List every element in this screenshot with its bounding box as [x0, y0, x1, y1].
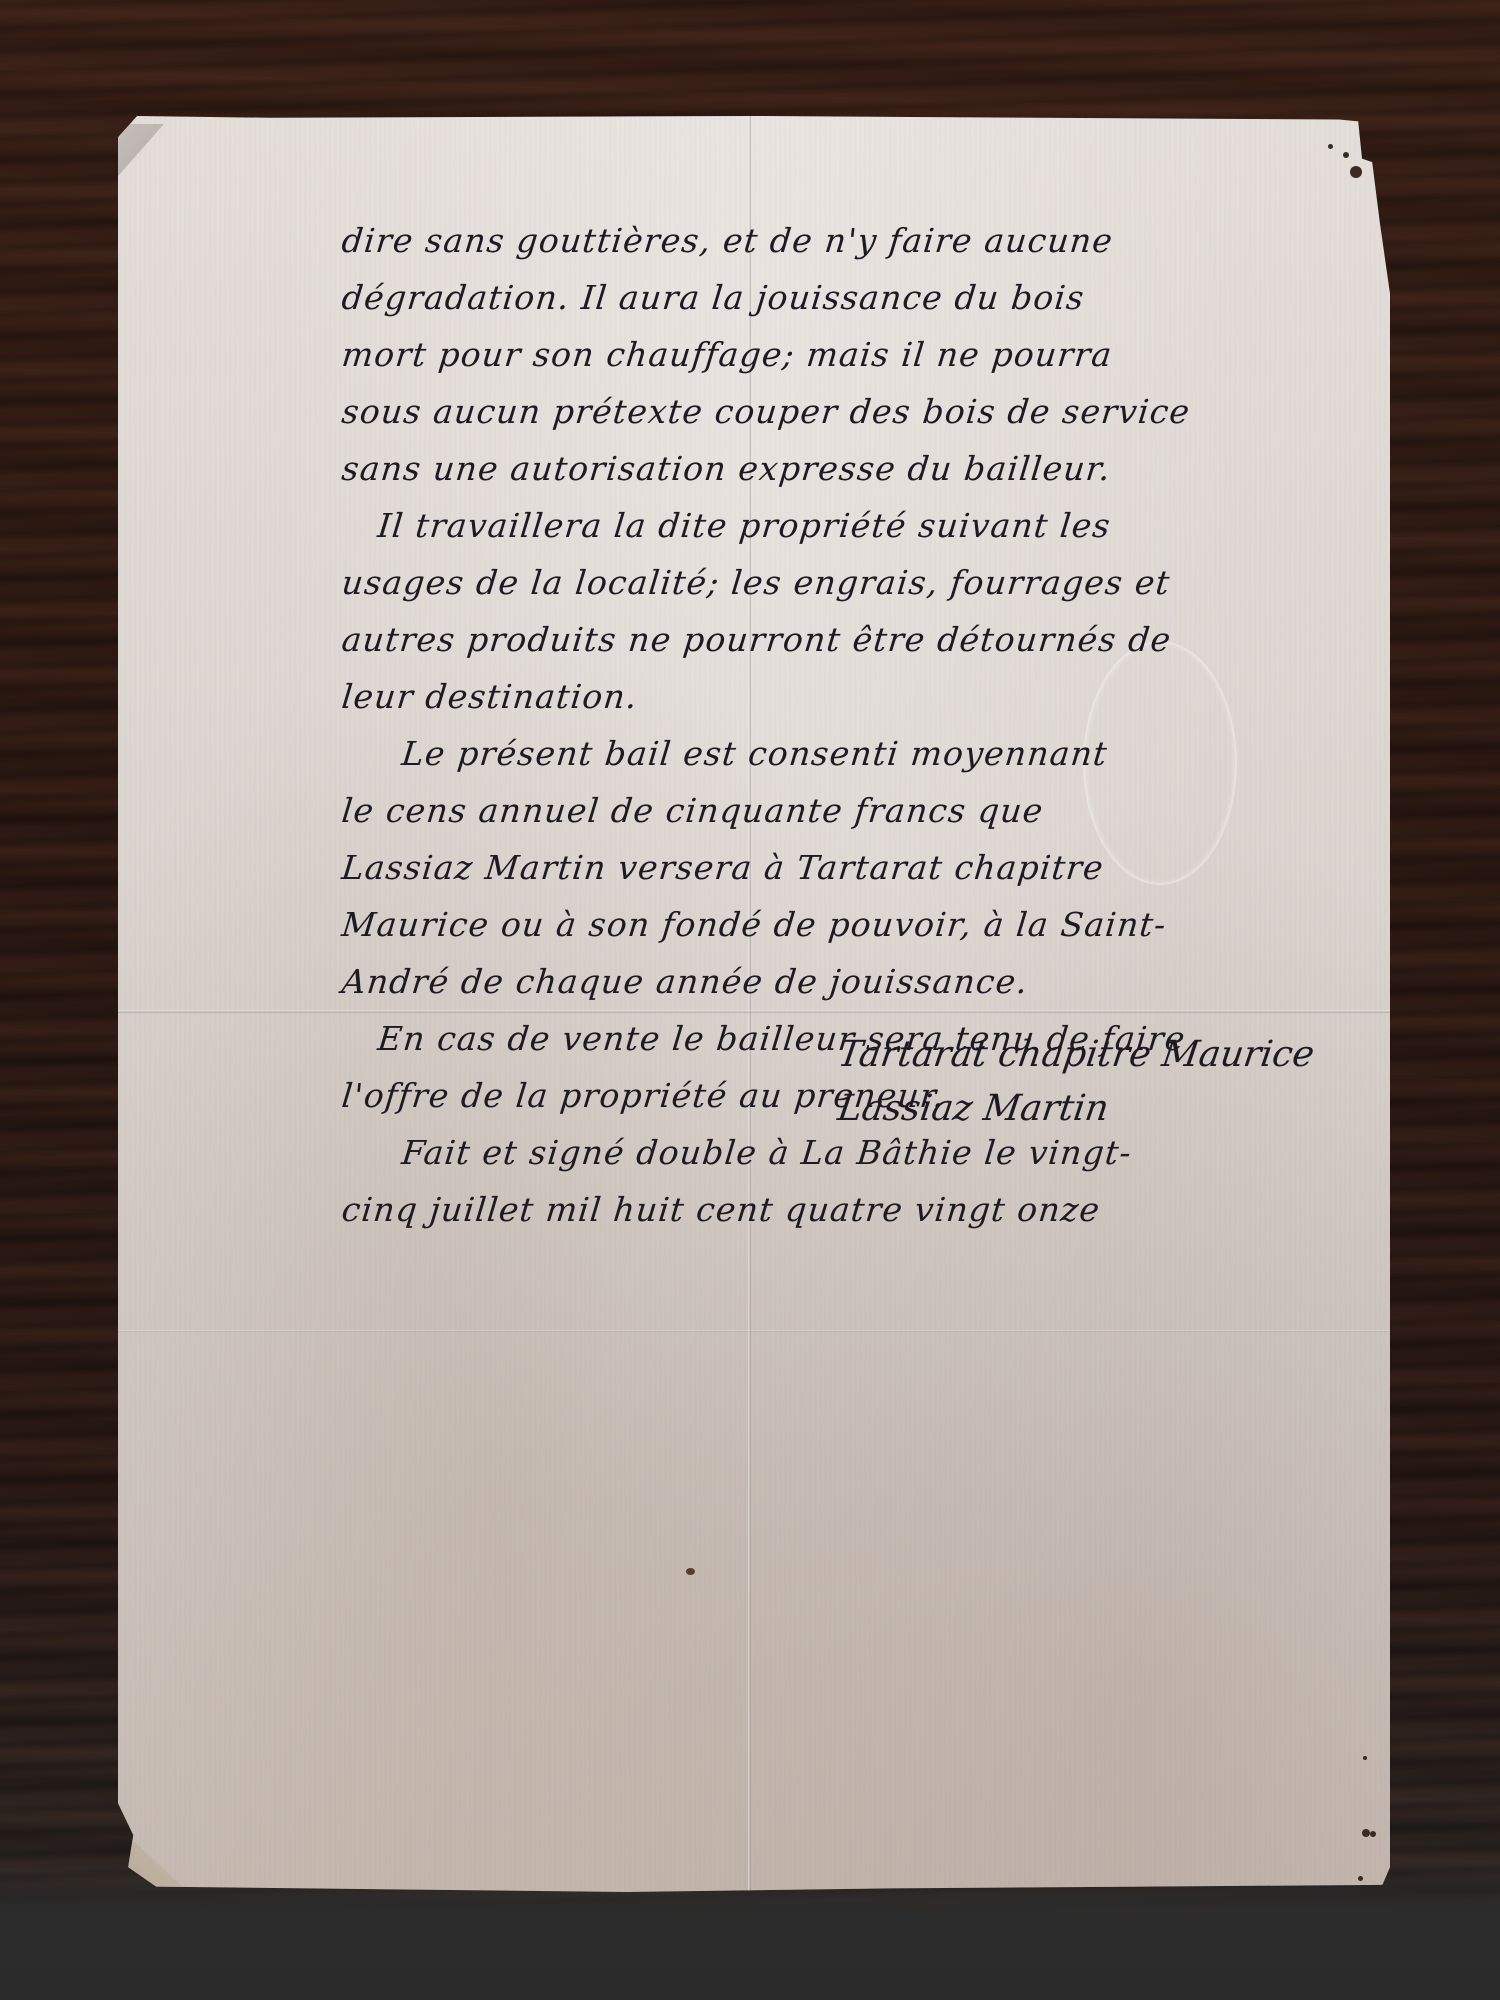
ink-spot	[1343, 152, 1349, 158]
ink-spot	[1363, 1756, 1367, 1760]
text-line: Il travaillera la dite propriété suivant…	[339, 497, 1335, 554]
text-line: Maurice ou à son fondé de pouvoir, à la …	[339, 896, 1335, 953]
ink-spot	[1370, 1831, 1376, 1837]
text-line: autres produits ne pourront être détourn…	[339, 611, 1335, 668]
text-line: sans une autorisation expresse du baille…	[339, 440, 1335, 497]
handwritten-document-page: dire sans gouttières, et de n'y faire au…	[118, 116, 1390, 1892]
text-line: mort pour son chauffage; mais il ne pour…	[339, 326, 1335, 383]
text-line: leur destination.	[339, 668, 1335, 725]
text-line: dégradation. Il aura la jouissance du bo…	[339, 269, 1335, 326]
text-line: cinq juillet mil huit cent quatre vingt …	[339, 1181, 1335, 1238]
folded-corner-top-left	[118, 124, 164, 176]
ink-spot	[1358, 1876, 1363, 1881]
ink-spot	[1362, 1829, 1370, 1837]
signature-lessor: Tartarat chapitre Maurice	[834, 1028, 1317, 1082]
text-line: dire sans gouttières, et de n'y faire au…	[339, 212, 1335, 269]
horizontal-fold-crease-lower	[118, 1330, 1390, 1332]
text-line: Le présent bail est consenti moyennant	[339, 725, 1335, 782]
text-line: Lassiaz Martin versera à Tartarat chapit…	[339, 839, 1335, 896]
signature-lessee: Lassiaz Martin	[834, 1082, 1317, 1136]
ink-blot	[686, 1568, 695, 1575]
text-line: André de chaque année de jouissance.	[339, 953, 1335, 1010]
signature-block: Tartarat chapitre Maurice Lassiaz Martin	[838, 1028, 1314, 1136]
ink-spot	[1328, 144, 1333, 149]
text-line: sous aucun prétexte couper des bois de s…	[339, 383, 1335, 440]
text-line: usages de la localité; les engrais, four…	[339, 554, 1335, 611]
ink-hole	[1350, 166, 1362, 178]
text-line: le cens annuel de cinquante francs que	[339, 782, 1335, 839]
